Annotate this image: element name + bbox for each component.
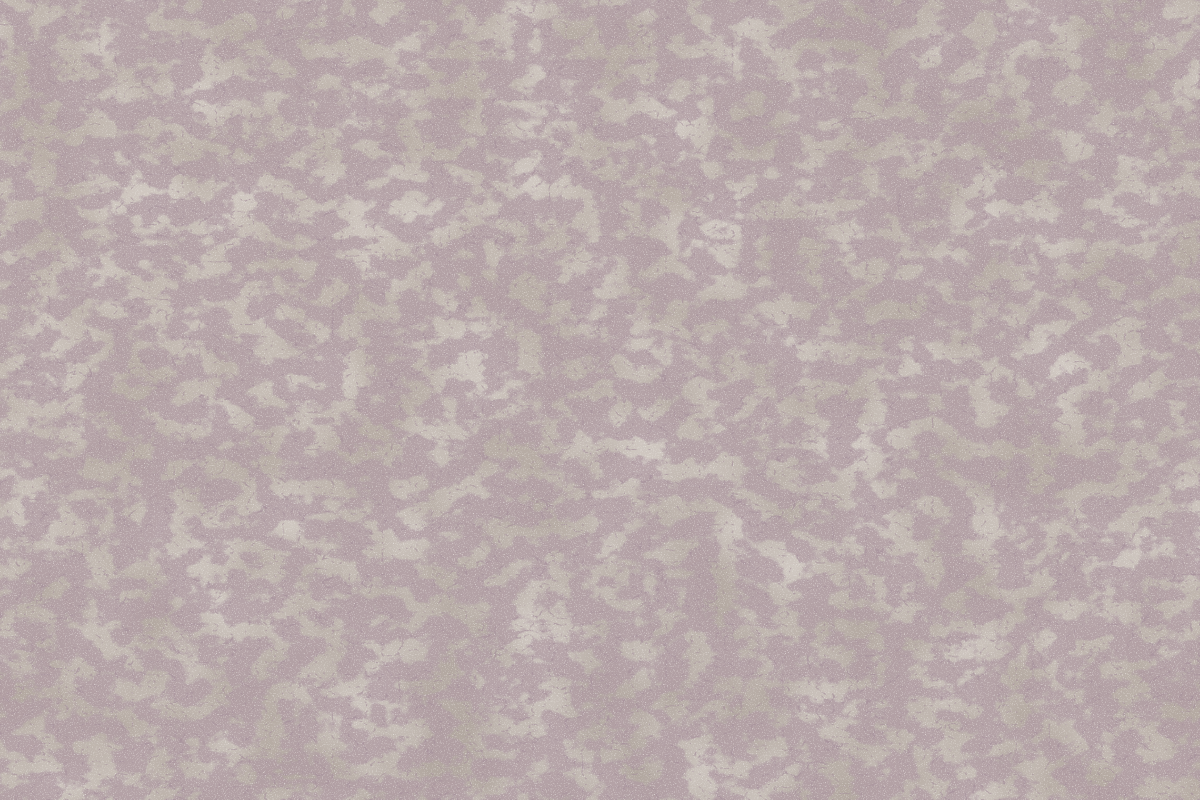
veining-pattern (0, 0, 1200, 800)
speckle-layer (0, 0, 1200, 800)
stone-texture-image (0, 0, 1200, 800)
